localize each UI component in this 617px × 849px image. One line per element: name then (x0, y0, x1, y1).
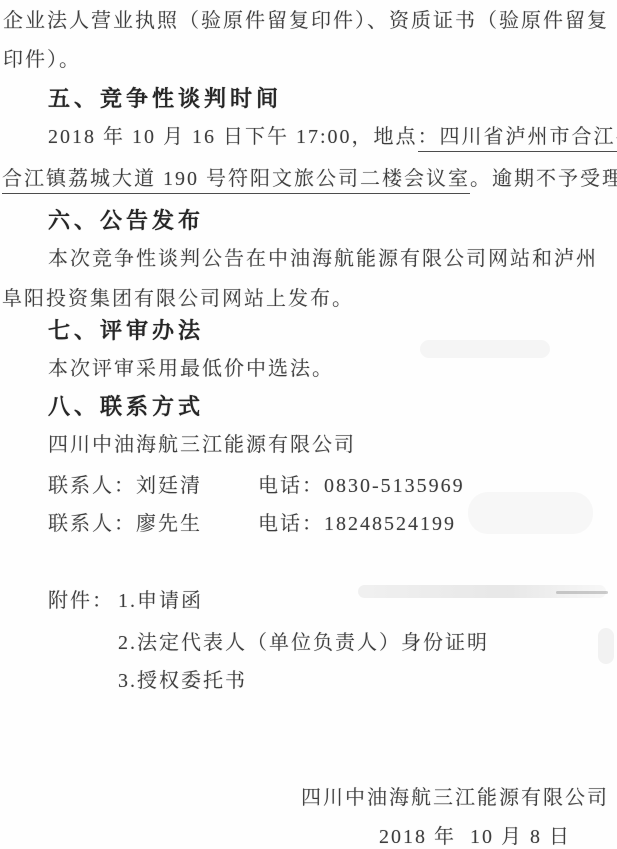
scan-smudge (556, 591, 608, 594)
section-5-line-1-text: 2018 年 10 月 16 日下午 17:00，地点 (48, 126, 418, 148)
contact-row: 联系人：刘廷清电话：0830-5135969 (48, 473, 465, 500)
section-8-company: 四川中油海航三江能源有限公司 (48, 432, 356, 459)
signature-date: 2018 年 10 月 8 日 (379, 824, 571, 849)
contact-phone: 电话：0830-5135969 (258, 475, 465, 497)
attachments-row-1: 附件：1.申请函 (48, 588, 203, 615)
section-7-body: 本次评审采用最低价中选法。 (48, 356, 334, 383)
section-6-line-2: 阜阳投资集团有限公司网站上发布。 (2, 286, 354, 313)
section-5-line-1: 2018 年 10 月 16 日下午 17:00，地点：四川省泸州市合江县 (48, 124, 617, 151)
attachment-item: 2.法定代表人（单位负责人）身份证明 (118, 630, 489, 657)
section-5-line-1-underlined: ：四川省泸州市合江县 (418, 126, 617, 152)
scan-smudge (468, 492, 593, 534)
section-8-heading: 八、联系方式 (48, 392, 204, 422)
contact-person: 联系人：廖先生 (48, 511, 258, 538)
section-5-line-2: 合江镇荔城大道 190 号符阳文旅公司二楼会议室。逾期不予受理 (2, 166, 617, 193)
intro-line-2: 印件）。 (3, 47, 81, 74)
section-7-heading: 七、评审办法 (48, 316, 204, 346)
signature-company: 四川中油海航三江能源有限公司 (301, 785, 609, 812)
intro-line-1: 企业法人营业执照（验原件留复印件）、资质证书（验原件留复 (3, 8, 609, 35)
section-5-heading: 五、竞争性谈判时间 (48, 84, 282, 114)
attachment-item: 1.申请函 (118, 590, 203, 612)
scan-smudge (358, 585, 606, 598)
scan-smudge (420, 340, 550, 358)
scanned-document-page: 企业法人营业执照（验原件留复印件）、资质证书（验原件留复 印件）。 五、竞争性谈… (0, 0, 617, 849)
contact-phone: 电话：18248524199 (258, 513, 456, 535)
section-5-line-2-underlined: 合江镇荔城大道 190 号符阳文旅公司二楼会议室 (2, 168, 470, 194)
contact-person: 联系人：刘廷清 (48, 473, 258, 500)
scan-smudge (598, 628, 614, 664)
section-6-heading: 六、公告发布 (48, 206, 204, 236)
section-5-line-2-rest: 。逾期不予受理 (470, 168, 617, 190)
contact-row: 联系人：廖先生电话：18248524199 (48, 511, 456, 538)
attachments-label: 附件： (48, 588, 118, 615)
section-6-line-1: 本次竞争性谈判公告在中油海航能源有限公司网站和泸州 (48, 246, 598, 273)
attachment-item: 3.授权委托书 (118, 668, 247, 695)
